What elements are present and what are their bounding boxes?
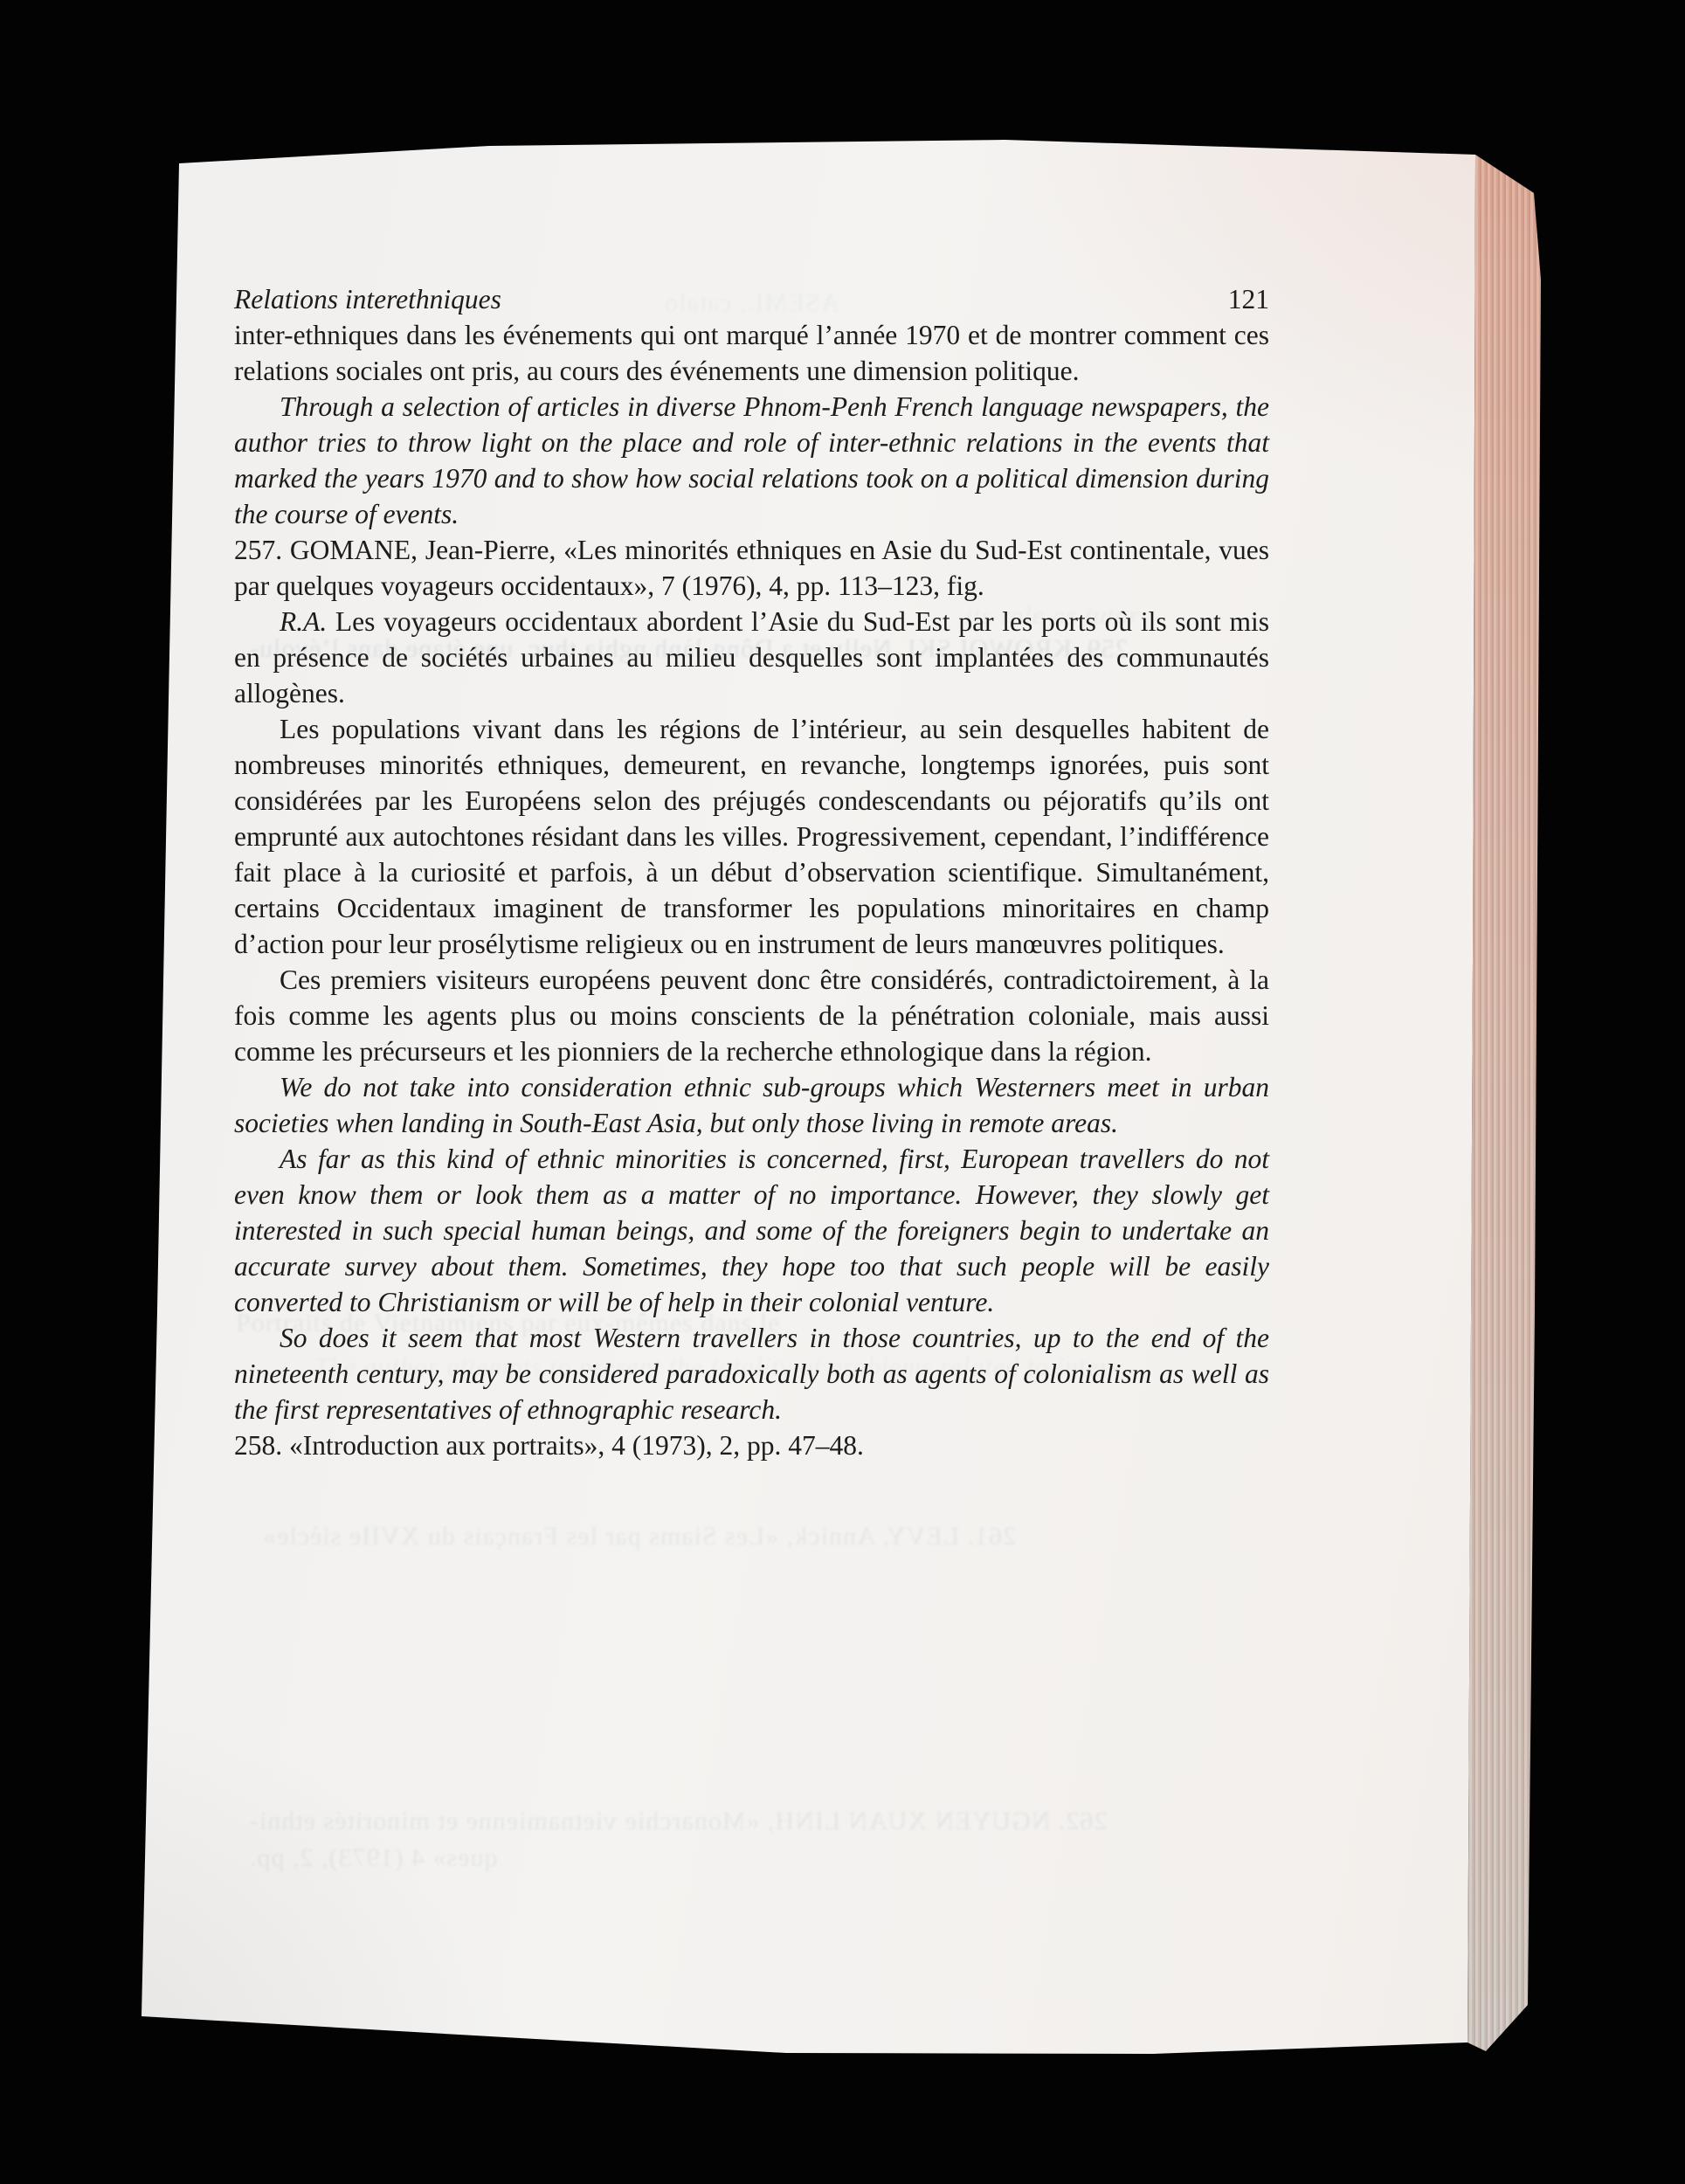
ra-text: Les voyageurs occidentaux abordent l’Asi…	[234, 606, 1269, 708]
paragraph-populations: Les populations vivant dans les régions …	[234, 711, 1269, 962]
paragraph-ces-premiers: Ces premiers visiteurs européens peuvent…	[234, 962, 1269, 1069]
page-header: Relations interethniques 121	[234, 281, 1269, 317]
paragraph-english-abstract: Through a selection of articles in diver…	[234, 389, 1269, 532]
running-title: Relations interethniques	[234, 281, 501, 317]
paragraph-we-do-not: We do not take into consideration ethnic…	[234, 1069, 1269, 1141]
bibliography-entry-258: 258. «Introduction aux portraits», 4 (19…	[234, 1427, 1269, 1463]
printed-text-block: Relations interethniques 121 inter-ethni…	[234, 281, 1269, 1463]
paragraph-so-does: So does it seem that most Western travel…	[234, 1320, 1269, 1427]
paragraph-continuation: inter-ethniques dans les événements qui …	[234, 317, 1269, 389]
bibliography-entry-257: 257. GOMANE, Jean-Pierre, «Les minorités…	[234, 532, 1269, 604]
page-number: 121	[1228, 281, 1269, 317]
book-page: ASEML, catalo its role as tutor 259. KRO…	[0, 0, 1685, 2184]
ra-label: R.A.	[280, 606, 327, 637]
paragraph-resume-analytique: R.A. Les voyageurs occidentaux abordent …	[234, 604, 1269, 711]
paragraph-as-far: As far as this kind of ethnic minorities…	[234, 1141, 1269, 1320]
